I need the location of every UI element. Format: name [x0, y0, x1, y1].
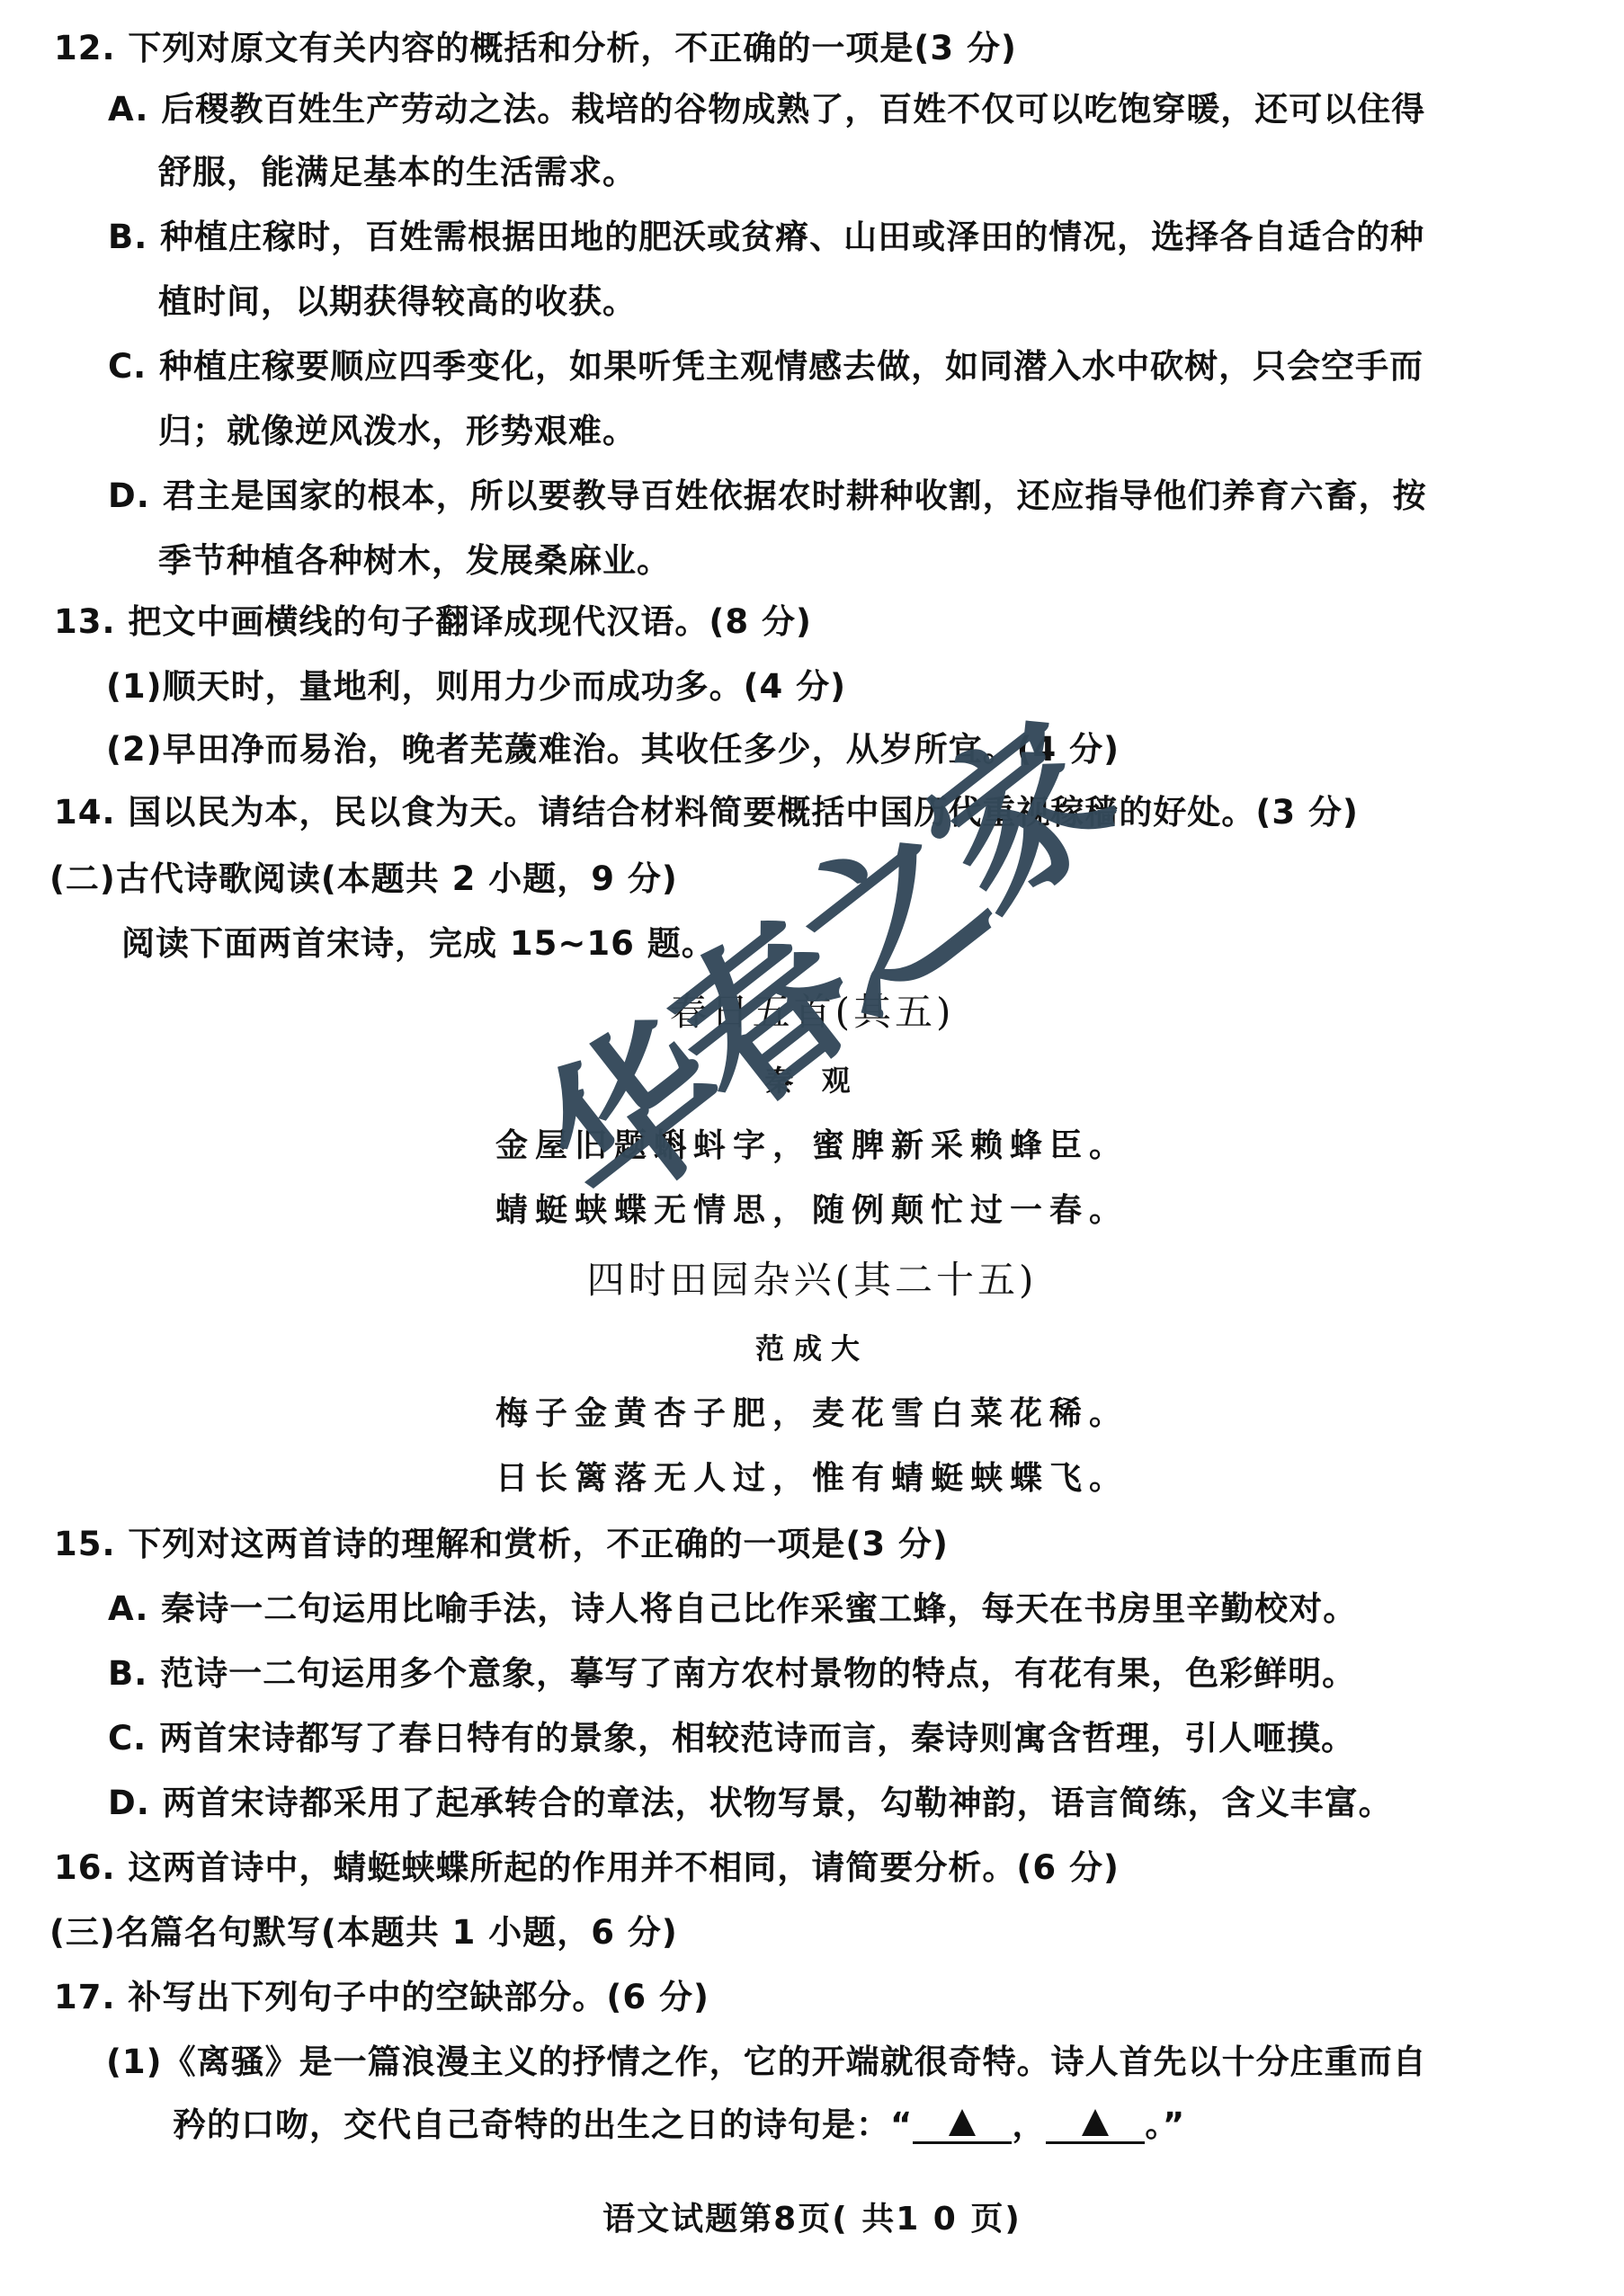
- q17-separator: ，: [1012, 2105, 1046, 2144]
- triangle-marker-icon: [1082, 2109, 1109, 2136]
- q12-option-d-cont: 季节种植各种树木，发展桑麻业。: [158, 539, 671, 583]
- triangle-marker-icon: [949, 2109, 976, 2136]
- q15-option-a: A. 秦诗一二句运用比喻手法，诗人将自己比作采蜜工蜂，每天在书房里辛勤校对。: [108, 1588, 1357, 1631]
- poem-2-line-1: 梅子金黄杏子肥，麦花雪白菜花稀。: [0, 1392, 1624, 1435]
- q17-part-1-prefix: 矜的口吻，交代自己奇特的出生之日的诗句是：“: [173, 2105, 913, 2144]
- answer-blank-2[interactable]: [1046, 2109, 1145, 2144]
- section-3-heading: (三)名篇名句默写(本题共 1 小题，6 分): [49, 1911, 678, 1954]
- q12-option-a: A. 后稷教百姓生产劳动之法。栽培的谷物成熟了，百姓不仅可以吃饱穿暖，还可以住得: [108, 88, 1425, 131]
- q12-option-b-cont: 植时间，以期获得较高的收获。: [158, 280, 637, 324]
- q17-stem: 17. 补写出下列句子中的空缺部分。(6 分): [54, 1976, 709, 2019]
- answer-blank-1[interactable]: [913, 2109, 1012, 2144]
- q12-option-b: B. 种植庄稼时，百姓需根据田地的肥沃或贫瘠、山田或泽田的情况，选择各自适合的种: [108, 216, 1424, 259]
- q17-part-1-line-2: 矜的口吻，交代自己奇特的出生之日的诗句是：“，。”: [173, 2104, 1185, 2147]
- q12-option-d: D. 君主是国家的根本，所以要教导百姓依据农时耕种收割，还应指导他们养育六畜，按: [108, 475, 1427, 518]
- q15-option-b: B. 范诗一二句运用多个意象，摹写了南方农村景物的特点，有花有果，色彩鲜明。: [108, 1652, 1356, 1695]
- poem-2-author: 范成大: [0, 1329, 1624, 1368]
- poem-1-line-1: 金屋旧题蝌蚪字，蜜脾新采赖蜂臣。: [0, 1124, 1624, 1167]
- q15-option-d: D. 两首宋诗都采用了起承转合的章法，状物写景，勾勒神韵，语言简练，含义丰富。: [108, 1782, 1393, 1825]
- q16-stem: 16. 这两首诗中，蜻蜓蛱蝶所起的作用并不相同，请简要分析。(6 分): [54, 1847, 1120, 1890]
- poem-1-line-2: 蜻蜓蛱蝶无情思，随例颠忙过一春。: [0, 1188, 1624, 1232]
- poem-1-author: 秦 观: [0, 1061, 1624, 1100]
- q15-option-c: C. 两首宋诗都写了春日特有的景象，相较范诗而言，秦诗则寓含哲理，引人咂摸。: [108, 1717, 1355, 1760]
- q15-stem: 15. 下列对这两首诗的理解和赏析，不正确的一项是(3 分): [54, 1523, 949, 1566]
- q12-option-c: C. 种植庄稼要顺应四季变化，如果听凭主观情感去做，如同潜入水中砍树，只会空手而: [108, 345, 1423, 388]
- q12-stem: 12. 下列对原文有关内容的概括和分析，不正确的一项是(3 分): [54, 27, 1017, 70]
- poem-1-title: 春日五首(其五): [0, 989, 1624, 1036]
- exam-page: 12. 下列对原文有关内容的概括和分析，不正确的一项是(3 分) A. 后稷教百…: [0, 0, 1624, 2296]
- q13-sentence-1: (1)顺天时，量地利，则用力少而成功多。(4 分): [106, 665, 846, 708]
- q12-option-c-cont: 归；就像逆风泼水，形势艰难。: [158, 410, 637, 453]
- q17-suffix: 。”: [1145, 2105, 1185, 2144]
- q17-part-1-line-1: (1)《离骚》是一篇浪漫主义的抒情之作，它的开端就很奇特。诗人首先以十分庄重而自: [106, 2041, 1427, 2084]
- poem-2-title: 四时田园杂兴(其二十五): [0, 1257, 1624, 1304]
- section-2-heading: (二)古代诗歌阅读(本题共 2 小题，9 分): [49, 858, 678, 901]
- section-2-intro: 阅读下面两首宋诗，完成 15~16 题。: [121, 922, 716, 966]
- q14-stem: 14. 国以民为本，民以食为天。请结合材料简要概括中国历代重视稼穑的好处。(3 …: [54, 791, 1359, 834]
- q13-sentence-2: (2)早田净而易治，晚者芜薉难治。其收任多少，从岁所宜。(4 分): [106, 728, 1120, 771]
- q13-stem: 13. 把文中画横线的句子翻译成现代汉语。(8 分): [54, 601, 812, 644]
- q12-option-a-cont: 舒服，能满足基本的生活需求。: [158, 151, 637, 194]
- page-footer: 语文试题第8页( 共1 0 页): [0, 2194, 1624, 2239]
- poem-2-line-2: 日长篱落无人过，惟有蜻蜓蛱蝶飞。: [0, 1456, 1624, 1500]
